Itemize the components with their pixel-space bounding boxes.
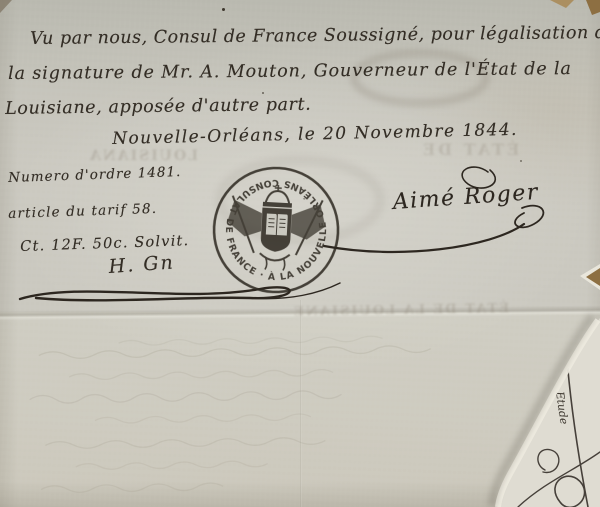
document-photo: LOUISIANA ÉTAT DE ÉTAT DE LA LOUISIANE V… xyxy=(0,0,600,507)
under-paper xyxy=(498,318,600,507)
curled-corner: Etude xyxy=(0,0,600,507)
